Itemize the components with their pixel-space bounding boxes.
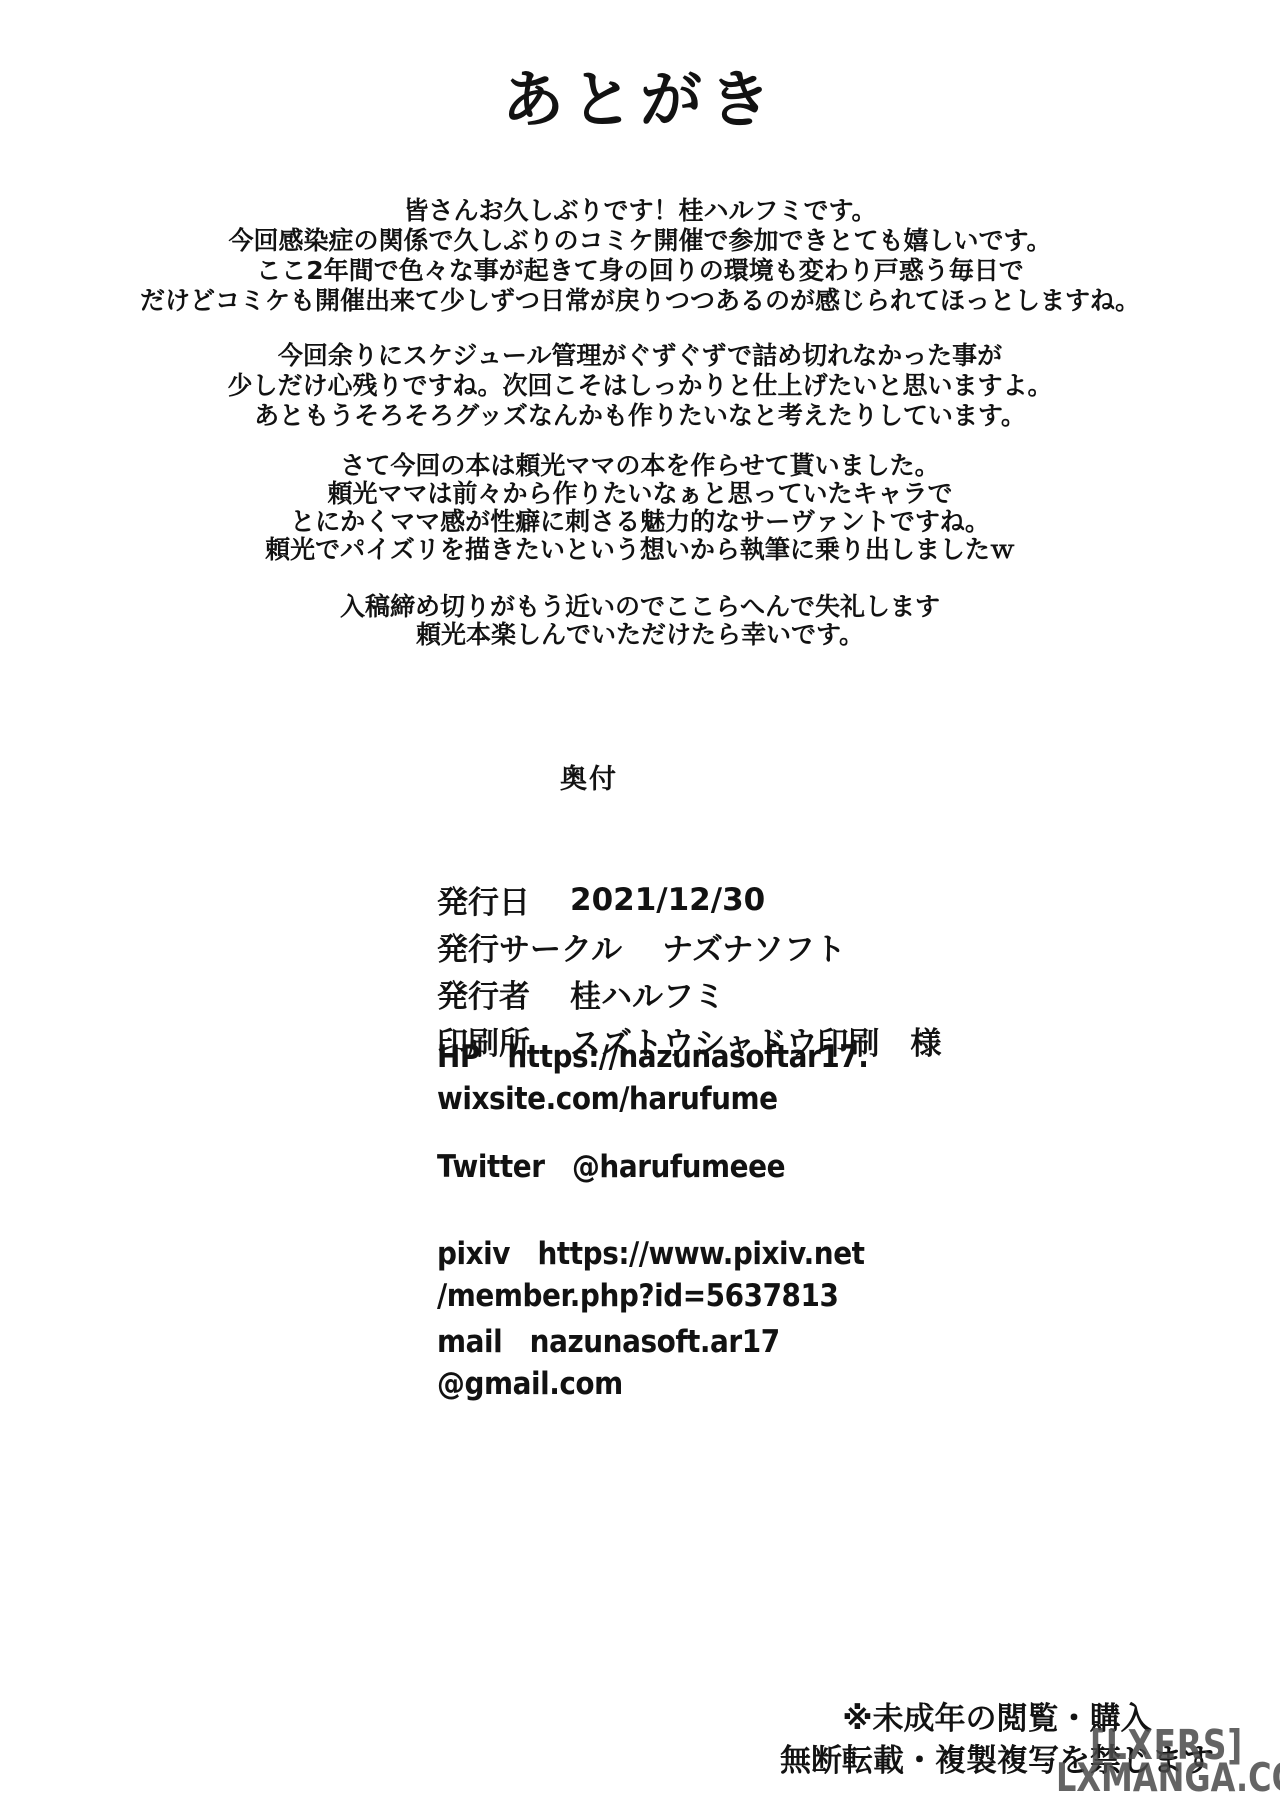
- colophon-heading: 奥付: [560, 757, 618, 796]
- paragraph-line: ここ2年間で色々な事が起きて身の回りの環境も変わり戸惑う毎日で: [0, 256, 1280, 286]
- page-title: あとがき: [0, 50, 1280, 139]
- afterword-paragraph-1: 皆さんお久しぶりです！桂ハルフミです。 今回感染症の関係で久しぶりのコミケ開催で…: [0, 196, 1280, 316]
- colophon-row-circle: 発行サークル ナズナソフト: [437, 923, 941, 970]
- colophon-label: 発行サークル: [437, 924, 622, 969]
- paragraph-line: 頼光本楽しんでいただけたら幸いです。: [0, 621, 1280, 649]
- contact-twitter: Twitter @harufumeee: [437, 1146, 785, 1188]
- colophon-value: 桂ハルフミ: [570, 971, 725, 1016]
- contact-twitter-line1: Twitter @harufumeee: [437, 1146, 785, 1188]
- colophon-value: ナズナソフト: [662, 924, 846, 969]
- colophon-value: 2021/12/30: [570, 882, 765, 918]
- colophon-label: 発行日: [437, 877, 530, 922]
- paragraph-line: とにかくママ感が性癖に刺さる魅力的なサーヴァントですね。: [0, 508, 1280, 536]
- paragraph-line: 今回感染症の関係で久しぶりのコミケ開催で参加できとても嬉しいです。: [0, 226, 1280, 256]
- colophon-label: 発行者: [437, 971, 530, 1016]
- contact-pixiv-line2: /member.php?id=5637813: [437, 1275, 865, 1317]
- afterword-paragraph-4: 入稿締め切りがもう近いのでここらへんで失礼します 頼光本楽しんでいただけたら幸い…: [0, 593, 1280, 649]
- afterword-paragraph-3: さて今回の本は頼光ママの本を作らせて貰いました。 頼光ママは前々から作りたいなぁ…: [0, 452, 1280, 564]
- contact-homepage-line2: wixsite.com/harufume: [437, 1078, 868, 1120]
- afterword-paragraph-2: 今回余りにスケジュール管理がぐずぐずで詰め切れなかった事が 少しだけ心残りですね…: [0, 341, 1280, 431]
- paragraph-line: あともうそろそろグッズなんかも作りたいなと考えたりしています。: [0, 401, 1280, 431]
- paragraph-line: 頼光ママは前々から作りたいなぁと思っていたキャラで: [0, 480, 1280, 508]
- paragraph-line: さて今回の本は頼光ママの本を作らせて貰いました。: [0, 452, 1280, 480]
- scanned-afterword-page: あとがき 皆さんお久しぶりです！桂ハルフミです。 今回感染症の関係で久しぶりのコ…: [0, 0, 1280, 1808]
- contact-pixiv: pixiv https://www.pixiv.net /member.php?…: [437, 1233, 865, 1317]
- paragraph-line: 少しだけ心残りですね。次回こそはしっかりと仕上げたいと思いますよ。: [0, 371, 1280, 401]
- paragraph-line: 今回余りにスケジュール管理がぐずぐずで詰め切れなかった事が: [0, 341, 1280, 371]
- colophon-row-publish-date: 発行日 2021/12/30: [437, 876, 941, 923]
- contact-homepage-line1: HP https://nazunasoftar17.: [437, 1036, 868, 1078]
- paragraph-line: 頼光でパイズリを描きたいという想いから執筆に乗り出しましたｗ: [0, 536, 1280, 564]
- paragraph-line: だけどコミケも開催出来て少しずつ日常が戻りつつあるのが感じられてほっとしますね。: [0, 286, 1280, 316]
- contact-mail-line2: @gmail.com: [437, 1363, 780, 1405]
- paragraph-line: 入稿締め切りがもう近いのでここらへんで失礼します: [0, 593, 1280, 621]
- colophon-row-publisher: 発行者 桂ハルフミ: [437, 970, 941, 1017]
- paragraph-line: 皆さんお久しぶりです！桂ハルフミです。: [0, 196, 1280, 226]
- contact-mail-line1: mail nazunasoft.ar17: [437, 1321, 780, 1363]
- watermark-lxmanga: LXMANGA.COM: [1056, 1756, 1280, 1801]
- contact-mail: mail nazunasoft.ar17 @gmail.com: [437, 1321, 780, 1405]
- contact-homepage: HP https://nazunasoftar17. wixsite.com/h…: [437, 1036, 868, 1120]
- contact-pixiv-line1: pixiv https://www.pixiv.net: [437, 1233, 865, 1275]
